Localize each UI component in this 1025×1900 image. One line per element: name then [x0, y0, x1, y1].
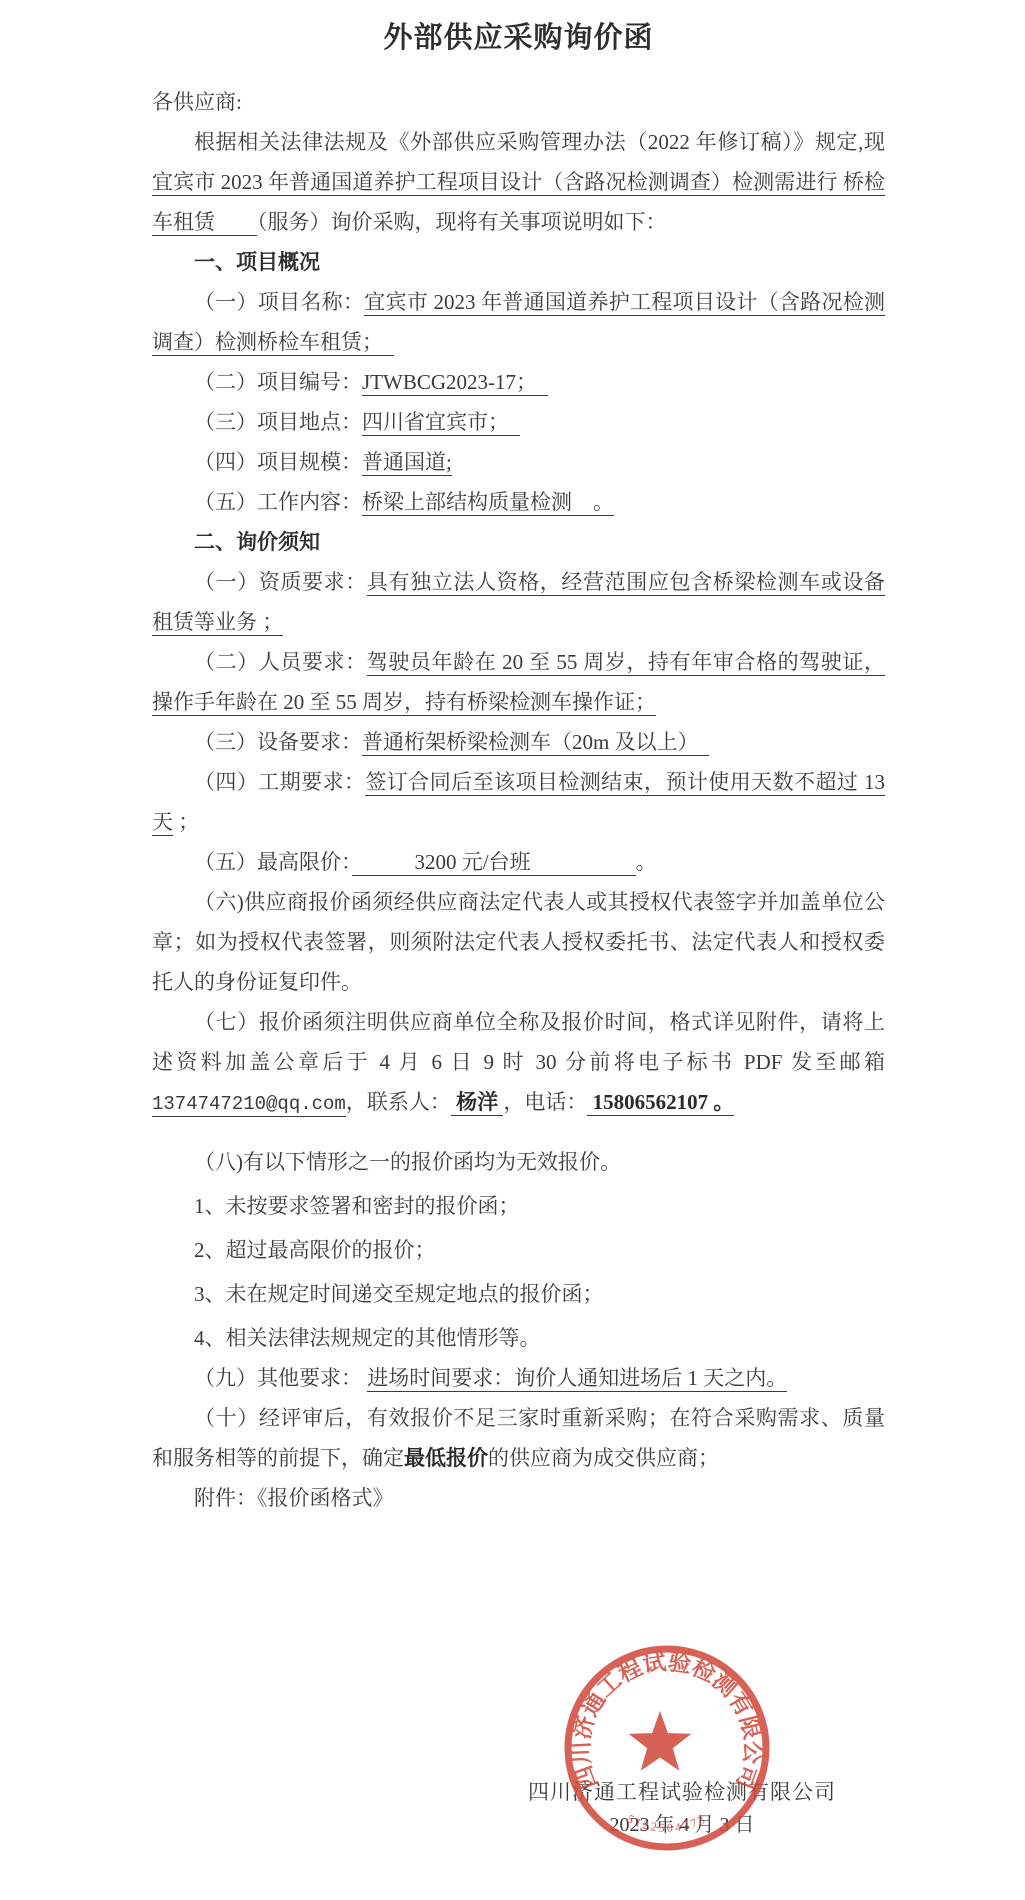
text-run: （三）项目地点：: [194, 410, 362, 434]
text-run: 最低报价: [404, 1446, 488, 1470]
text-run: （一）项目名称：: [194, 290, 364, 314]
paragraph: 各供应商:: [152, 82, 885, 122]
text-run: 进场时间要求：询价人通知进场后 1 天之内。: [367, 1366, 787, 1392]
text-run: 根据相关法律法规及《外部供应采购管理办法（2022 年修订稿）》规定,现: [194, 130, 885, 154]
text-run: （五）最高限价：: [194, 850, 352, 874]
text-run: 桥梁上部结构质量检测 。: [362, 490, 614, 516]
paragraph: （一）资质要求：具有独立法人资格，经营范围应包含桥梁检测车或设备租赁等业务 ；: [152, 562, 885, 642]
text-run: （五）工作内容：: [194, 490, 362, 514]
paragraph: 1、未按要求签署和密封的报价函；: [152, 1186, 885, 1226]
text-run: 一、项目概况: [194, 250, 320, 274]
text-run: （二）项目编号：: [194, 370, 362, 394]
text-run: 各供应商:: [152, 90, 242, 114]
text-run: （九）其他要求：: [194, 1366, 367, 1390]
text-run: 。: [636, 850, 657, 874]
svg-text:5122504373: 5122504373: [625, 1811, 709, 1834]
text-run: 二、询价须知: [194, 530, 320, 554]
text-run: （服务）询价采购，现将有关事项说明如下：: [257, 210, 667, 234]
text-run: 3200 元/台班: [352, 850, 636, 876]
paragraph: 2、超过最高限价的报价；: [152, 1230, 885, 1270]
paragraph: （十）经评审后，有效报价不足三家时重新采购；在符合采购需求、质量和服务相等的前提…: [152, 1398, 885, 1478]
text-run: （四）工期要求：: [194, 770, 365, 794]
paragraph: 附件：《报价函格式》: [152, 1478, 885, 1518]
paragraph: 4、相关法律法规规定的其他情形等。: [152, 1318, 885, 1358]
paragraph: （五）最高限价： 3200 元/台班 。: [152, 842, 885, 882]
paragraph: 根据相关法律法规及《外部供应采购管理办法（2022 年修订稿）》规定,现宜宾市 …: [152, 122, 885, 242]
star-icon: [629, 1711, 692, 1771]
document-title: 外部供应采购询价函: [152, 14, 885, 62]
paragraph: （九）其他要求： 进场时间要求：询价人通知进场后 1 天之内。: [152, 1358, 885, 1398]
text-run: 的供应商为成交供应商；: [488, 1446, 719, 1470]
paragraph: 一、项目概况: [152, 242, 885, 282]
seal-number: 5122504373: [625, 1811, 709, 1834]
text-run: 普通桁架桥梁检测车（20m 及以上）: [362, 730, 709, 756]
paragraph: （七）报价函须注明供应商单位全称及报价时间，格式详见附件，请将上述资料加盖公章后…: [152, 1002, 885, 1124]
paragraph: （四）项目规模：普通国道;: [152, 442, 885, 482]
text-run: 15806562107 。: [587, 1090, 734, 1116]
paragraph: （一）项目名称：宜宾市 2023 年普通国道养护工程项目设计（含路况检测调查）检…: [152, 282, 885, 362]
text-run: JTWBCG2023-17；: [362, 370, 548, 396]
paragraph: （六)供应商报价函须经供应商法定代表人或其授权代表签字并加盖单位公章；如为授权代…: [152, 882, 885, 1002]
document: 外部供应采购询价函 各供应商:根据相关法律法规及《外部供应采购管理办法（2022…: [0, 0, 1025, 1518]
text-run: 2、超过最高限价的报价；: [194, 1238, 436, 1262]
text-run: ；: [173, 810, 199, 834]
document-body: 各供应商:根据相关法律法规及《外部供应采购管理办法（2022 年修订稿）》规定,…: [152, 82, 885, 1518]
paragraph: （三）项目地点：四川省宜宾市；: [152, 402, 885, 442]
text-run: 4、相关法律法规规定的其他情形等。: [194, 1326, 541, 1350]
svg-text:四川济通工程试验检测有限公司: 四川济通工程试验检测有限公司: [568, 1648, 765, 1792]
text-run: （七）报价函须注明供应商单位全称及报价时间，格式详见附件，请将上述资料加盖公章后…: [152, 1010, 885, 1074]
text-run: 1、未按要求签署和密封的报价函；: [194, 1194, 520, 1218]
paragraph: （二）人员要求：驾驶员年龄在 20 至 55 周岁，持有年审合格的驾驶证，操作手…: [152, 642, 885, 722]
text-run: （六)供应商报价函须经供应商法定代表人或其授权代表签字并加盖单位公章；如为授权代…: [152, 890, 885, 994]
paragraph: 3、未在规定时间递交至规定地点的报价函；: [152, 1274, 885, 1314]
paragraph: （二）项目编号：JTWBCG2023-17；: [152, 362, 885, 402]
paragraph: （八)有以下情形之一的报价函均为无效报价。: [152, 1142, 885, 1182]
page: 外部供应采购询价函 各供应商:根据相关法律法规及《外部供应采购管理办法（2022…: [0, 0, 1025, 1900]
paragraph: （五）工作内容：桥梁上部结构质量检测 。: [152, 482, 885, 522]
paragraph: （三）设备要求：普通桁架桥梁检测车（20m 及以上）: [152, 722, 885, 762]
text-run: （八)有以下情形之一的报价函均为无效报价。: [194, 1150, 621, 1174]
text-run: 杨洋: [451, 1090, 504, 1116]
paragraph: （四）工期要求：签订合同后至该项目检测结束，预计使用天数不超过 13 天 ；: [152, 762, 885, 842]
paragraph: 二、询价须知: [152, 522, 885, 562]
seal-ring-text: 四川济通工程试验检测有限公司: [568, 1648, 765, 1792]
text-run: ，电话：: [503, 1090, 587, 1114]
company-seal: 四川济通工程试验检测有限公司 5122504373: [560, 1641, 774, 1855]
text-run: 1374747210@qq.com: [152, 1093, 346, 1117]
text-run: （三）设备要求：: [194, 730, 362, 754]
text-run: 3、未在规定时间递交至规定地点的报价函；: [194, 1282, 604, 1306]
text-run: （四）项目规模：: [194, 450, 362, 474]
text-run: （二）人员要求：: [194, 650, 367, 674]
text-run: （一）资质要求：: [194, 570, 367, 594]
text-run: 普通国道;: [362, 450, 452, 476]
text-run: 四川省宜宾市；: [362, 410, 520, 436]
text-run: ，联系人：: [346, 1090, 451, 1114]
text-run: 附件：《报价函格式》: [194, 1486, 394, 1510]
